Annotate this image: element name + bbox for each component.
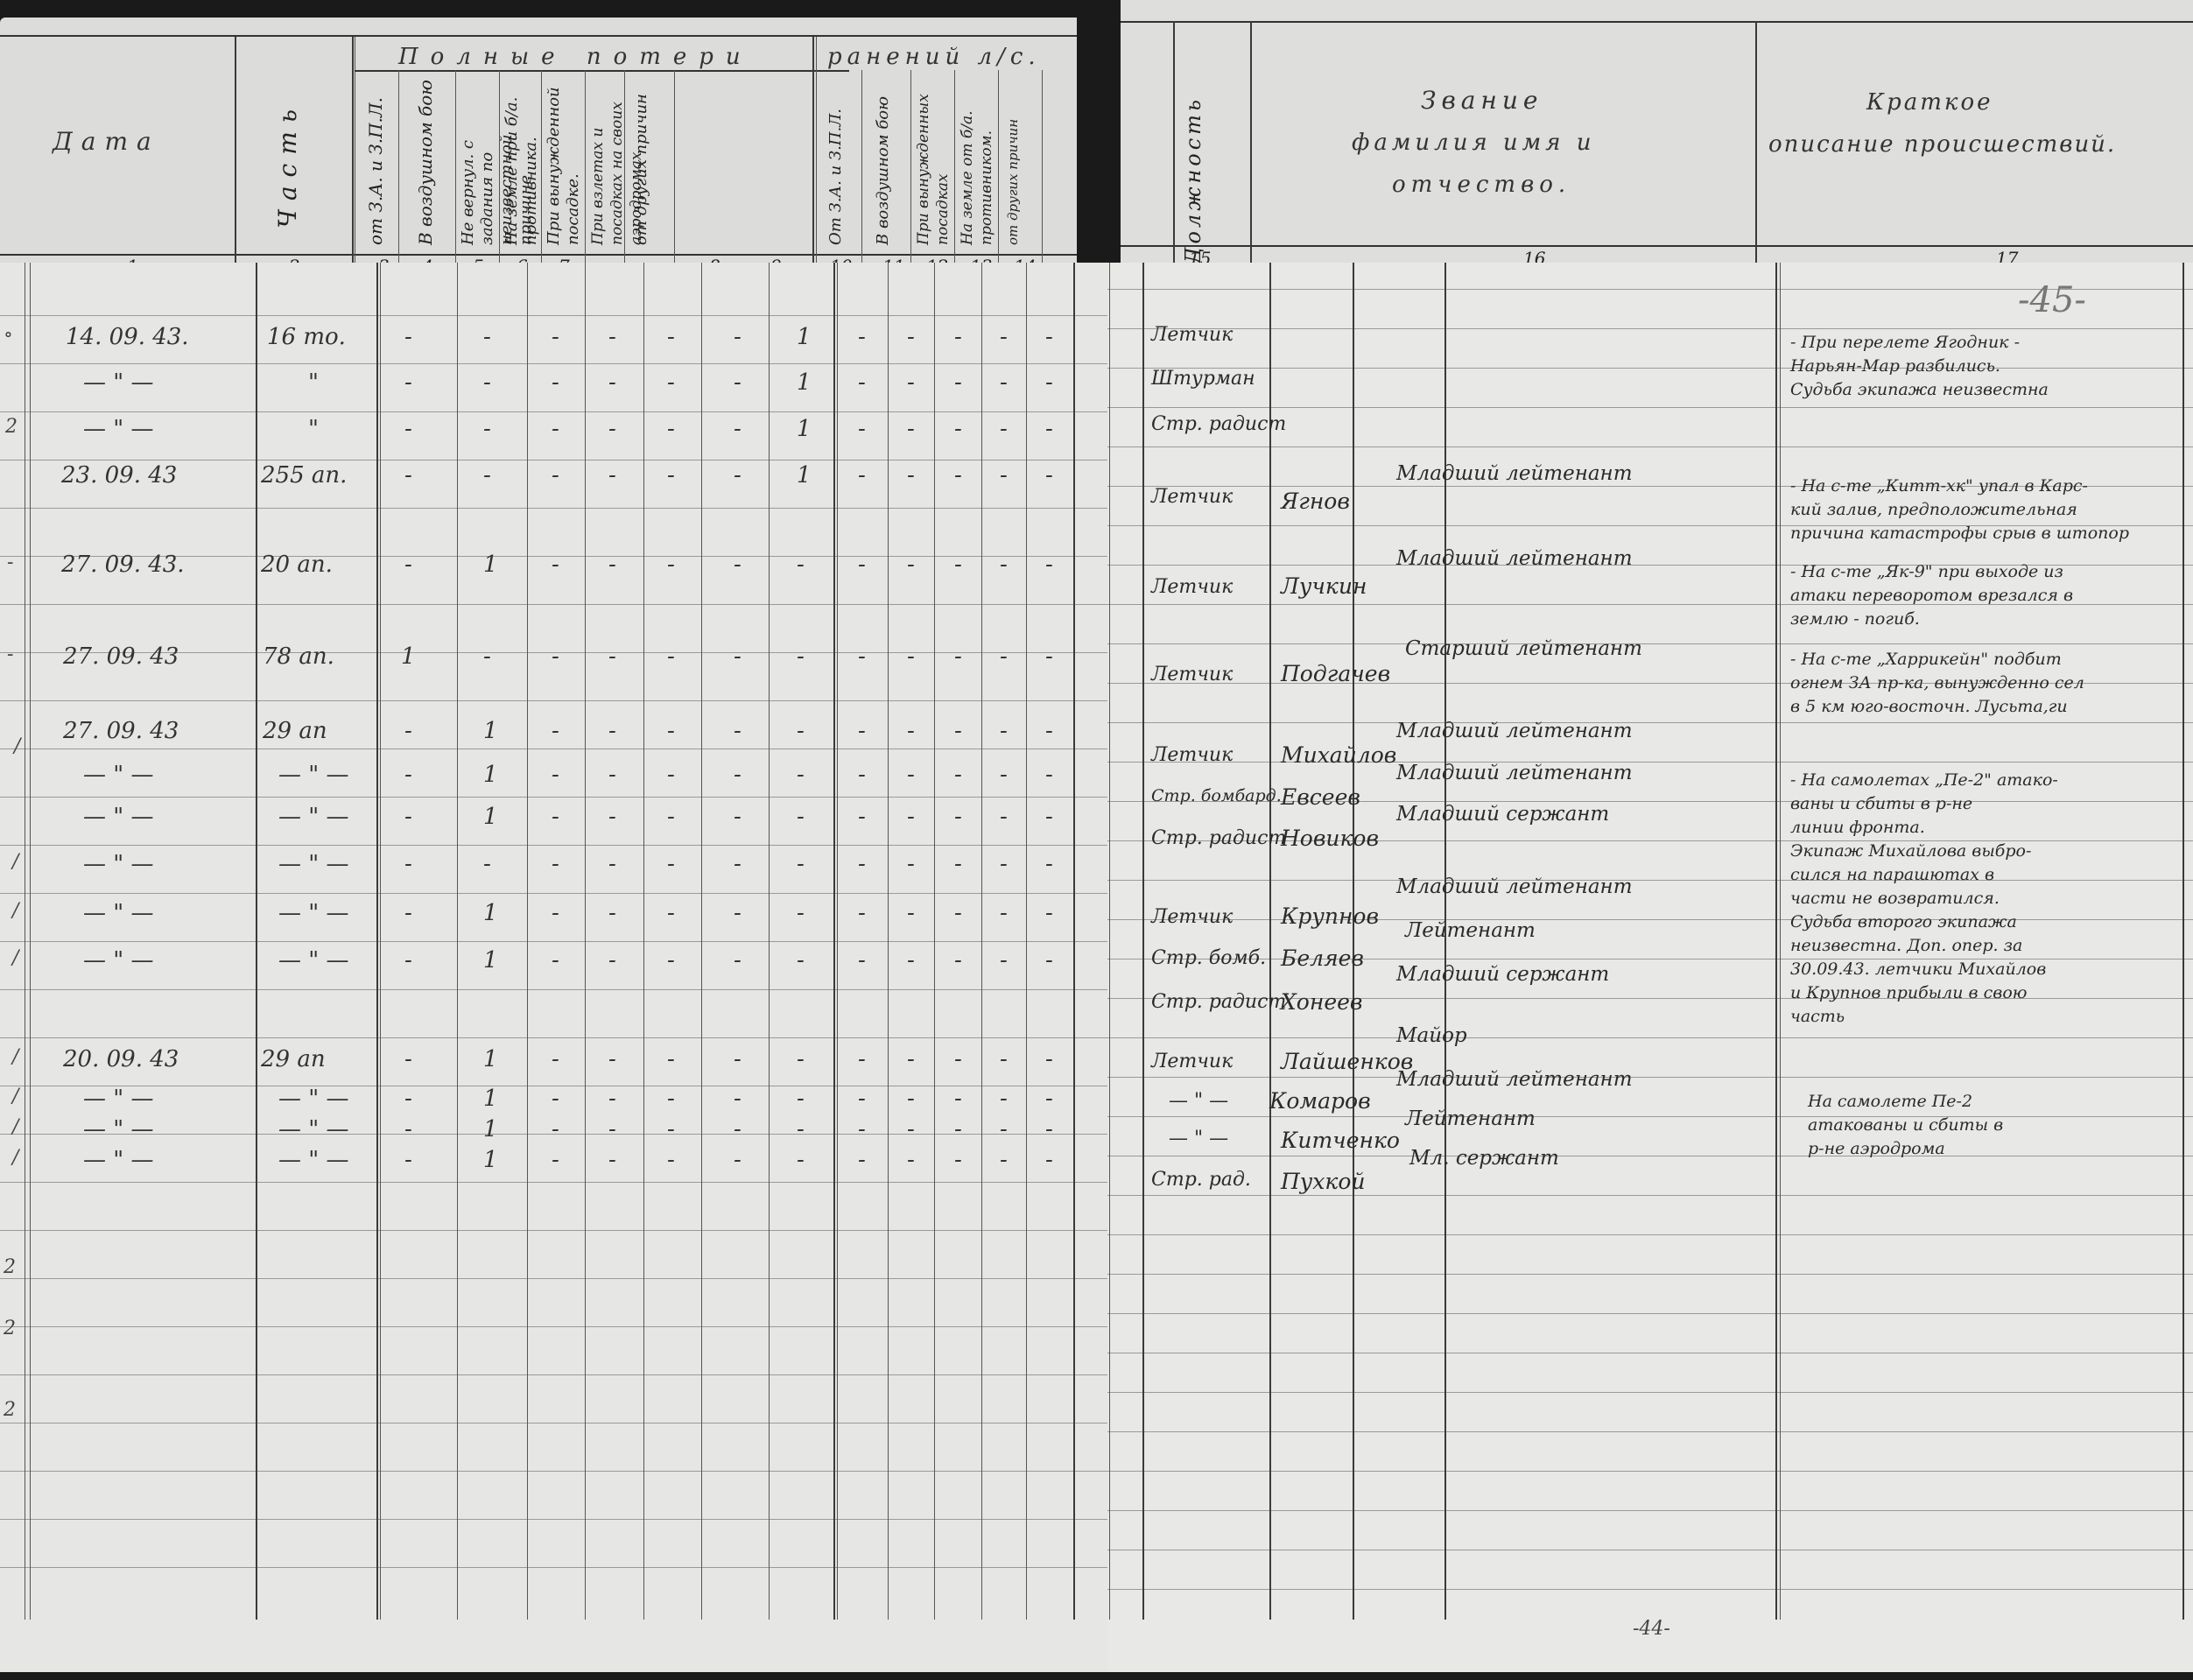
cell-c11: - [907,643,915,670]
cell-c11: - [907,851,915,877]
header-rank-l3: отчество. [1392,172,1571,198]
cell-post: — " — [1169,1090,1228,1112]
cell-unit: — " — [278,851,349,877]
cell-c3: - [404,851,412,877]
cell-rank: Лейтенант [1405,919,1536,942]
cell-c6: - [608,643,616,670]
cell-date: 23. 09. 43 [61,462,177,489]
col-divider [235,37,236,271]
cell-c8: - [734,462,742,489]
cell-name: Крупнов [1281,903,1379,929]
header-left-strip: Дата Часть Полные потери ранений л/с. от… [0,18,1077,271]
cell-c11: - [907,762,915,788]
cell-c10: - [858,643,866,670]
cell-post: Летчик [1151,906,1233,928]
margin-mark: 2 [5,416,18,438]
cell-rank: Майор [1396,1024,1467,1047]
col-divider [1250,21,1252,271]
cell-c14: - [1045,324,1053,350]
cell-c8: - [734,552,742,578]
col-divider [2182,263,2184,1620]
cell-c14: - [1045,1116,1053,1142]
cell-c11: - [907,416,915,442]
cell-c6: - [608,416,616,442]
cell-c13: - [1000,1147,1008,1173]
cell-c4: 1 [483,804,498,830]
col-divider [1042,70,1043,271]
col-divider [1780,263,1781,1620]
cell-c9: 1 [797,462,812,489]
header-post: Должность [1184,96,1203,264]
table-row: - 27. 09. 43. 20 ап. - 1 - - - - - - - -… [0,552,1107,595]
cell-post: Штурман [1151,368,1255,390]
cell-c4: - [483,851,491,877]
cell-c14: - [1045,462,1053,489]
cell-c10: - [858,851,866,877]
cell-c7: - [667,462,675,489]
cell-c9: - [797,762,805,788]
cell-date: 14. 09. 43. [66,324,189,350]
cell-rank: Мл. сержант [1409,1147,1559,1170]
cell-c5: - [552,1086,559,1112]
cell-c10: - [858,718,866,744]
incident-description: - На самолетах „Пе-2" атако-ваны и сбиты… [1790,769,2058,1029]
cell-name: Новиков [1281,826,1379,851]
cell-c7: - [667,369,675,396]
cell-c10: - [858,369,866,396]
right-page: -45- Летчик Штурман Стр. радист Младший … [1107,263,2193,1672]
cell-post: Стр. радист [1151,827,1286,849]
cell-c12: - [954,762,962,788]
table-row: - 27. 09. 43 78 ап. 1 - - - - - - - - - … [0,643,1107,687]
header-col11: В воздушном бою [874,79,893,245]
col-divider [1173,21,1175,271]
cell-c9: - [797,1147,805,1173]
cell-name: Беляев [1281,945,1364,971]
col-divider [910,70,911,271]
table-row: 2 — " — " - - - - - - 1 - - - - - [0,416,1107,460]
cell-c13: - [1000,643,1008,670]
cell-c12: - [954,851,962,877]
cell-c7: - [667,1116,675,1142]
cell-c13: - [1000,1046,1008,1072]
table-row: / 27. 09. 43 29 ап - 1 - - - - - - - - -… [0,718,1107,762]
cell-post: Стр. бомбард. [1151,786,1282,805]
cell-name: Китченко [1281,1128,1400,1153]
header-unit: Часть [278,101,298,228]
cell-c9: - [797,643,805,670]
cell-c8: - [734,1086,742,1112]
cell-c13: - [1000,1116,1008,1142]
cell-c4: - [483,369,491,396]
cell-c9: 1 [797,416,812,442]
col-divider [1755,21,1757,271]
cell-c14: - [1045,416,1053,442]
cell-c6: - [608,718,616,744]
header-desc-l2: описание происшествий. [1768,131,2116,158]
cell-c10: - [858,1086,866,1112]
cell-rank: Младший лейтенант [1396,462,1633,485]
cell-c11: - [907,324,915,350]
cell-date: — " — [83,900,154,926]
cell-rank: Младший лейтенант [1396,762,1633,784]
cell-c5: - [552,947,559,974]
cell-rank: Младший лейтенант [1396,547,1633,570]
cell-c4: 1 [483,762,498,788]
cell-c13: - [1000,416,1008,442]
cell-c6: - [608,369,616,396]
cell-rank: Младший лейтенант [1396,875,1633,898]
margin-mark: 2 [4,1256,16,1278]
cell-rank: Лейтенант [1405,1107,1536,1130]
cell-c4: 1 [483,552,498,578]
cell-date: — " — [83,804,154,830]
cell-unit: — " — [278,1147,349,1173]
header-full-losses: Полные потери [398,44,753,70]
cell-c13: - [1000,762,1008,788]
cell-c10: - [858,1147,866,1173]
cell-c11: - [907,552,915,578]
cell-c11: - [907,947,915,974]
margin-mark: / [12,947,18,969]
cell-unit: 16 то. [267,324,346,350]
cell-unit: 20 ап. [261,552,333,578]
cell-post: Летчик [1151,744,1233,766]
cell-c13: - [1000,851,1008,877]
header-col7: При вынужденной посадке. [545,79,583,245]
cell-rank: Младший лейтенант [1396,720,1633,742]
header-col3: от З.А. и З.П.Л. [366,79,392,245]
cell-c13: - [1000,324,1008,350]
cell-c12: - [954,416,962,442]
cell-c7: - [667,552,675,578]
cell-c12: - [954,1086,962,1112]
cell-c7: - [667,324,675,350]
cell-c6: - [608,851,616,877]
cell-c13: - [1000,947,1008,974]
header-desc-l1: Краткое [1866,89,1993,116]
cell-c11: - [907,900,915,926]
cell-date: — " — [83,851,154,877]
cell-c11: - [907,1116,915,1142]
cell-name: Лайшенков [1281,1049,1413,1074]
margin-mark: / [12,1046,18,1068]
cell-c3: - [404,1086,412,1112]
cell-c9: - [797,900,805,926]
cell-c4: 1 [483,1086,498,1112]
col-divider [1142,263,1144,1620]
left-page: ∘ 14. 09. 43. 16 то. - - - - - - 1 - - -… [0,263,1107,1672]
incident-description: - При перелете Ягодник -Нарьян-Мар разби… [1790,331,2049,402]
cell-c6: - [608,900,616,926]
cell-c7: - [667,1147,675,1173]
cell-c3: - [404,1046,412,1072]
cell-name: Ягнов [1281,489,1350,514]
cell-c11: - [907,1086,915,1112]
cell-c9: - [797,552,805,578]
cell-c4: 1 [483,947,498,974]
cell-c10: - [858,762,866,788]
cell-c5: - [552,552,559,578]
cell-unit: — " — [278,947,349,974]
cell-c3: - [404,947,412,974]
cell-c12: - [954,552,962,578]
cell-unit: 255 ап. [261,462,347,489]
cell-post: Стр. радист [1151,413,1286,435]
col-divider [861,70,862,271]
cell-c13: - [1000,804,1008,830]
cell-c8: - [734,900,742,926]
cell-c7: - [667,804,675,830]
cell-c12: - [954,1147,962,1173]
cell-c4: 1 [483,1116,498,1142]
cell-c14: - [1045,1086,1053,1112]
cell-c8: - [734,1116,742,1142]
header-col4: В воздушном бою [416,79,435,245]
margin-mark: / [12,900,18,922]
header-rank-l1: Звание [1421,86,1543,115]
table-row: / — " — — " — - 1 - - - - - - - - - - [0,1086,1107,1121]
table-row: ∘ 14. 09. 43. 16 то. - - - - - - 1 - - -… [0,324,1107,368]
cell-c10: - [858,416,866,442]
cell-unit: — " — [278,1116,349,1142]
cell-c6: - [608,1046,616,1072]
cell-c10: - [858,947,866,974]
cell-c3: - [404,416,412,442]
table-row: / — " — — " — - - - - - - - - - - - - [0,851,1107,895]
cell-c8: - [734,369,742,396]
cell-c5: - [552,1116,559,1142]
cell-unit: — " — [278,900,349,926]
col-divider [1353,263,1354,1620]
incident-description: - На с-те „Харрикейн" подбитогнем ЗА пр-… [1790,648,2084,719]
col-divider [954,70,955,271]
cell-name: Подгачев [1281,661,1390,686]
cell-c11: - [907,462,915,489]
cell-unit: " [308,369,319,396]
cell-c5: - [552,416,559,442]
cell-c14: - [1045,762,1053,788]
cell-c9: - [797,804,805,830]
col-divider [816,37,817,271]
cell-c3: - [404,762,412,788]
cell-c13: - [1000,369,1008,396]
cell-c14: - [1045,552,1053,578]
table-row: / 20. 09. 43 29 ап - 1 - - - - - - - - -… [0,1046,1107,1090]
cell-c8: - [734,1147,742,1173]
cell-c14: - [1045,369,1053,396]
table-row: — " — " - - - - - - 1 - - - - - [0,369,1107,413]
cell-c7: - [667,762,675,788]
cell-c12: - [954,804,962,830]
cell-c12: - [954,947,962,974]
cell-date: 20. 09. 43 [63,1046,179,1072]
cell-c5: - [552,762,559,788]
cell-unit: 29 ап [263,718,327,744]
incident-description: На самолете Пе-2атакованы и сбиты вр-не … [1808,1090,2003,1161]
cell-c8: - [734,947,742,974]
cell-rank: Младший лейтенант [1396,1068,1633,1091]
col-divider [998,70,999,271]
col-divider [455,70,456,271]
cell-c10: - [858,900,866,926]
margin-mark: / [12,851,18,873]
col-divider [1775,263,1777,1620]
cell-c11: - [907,369,915,396]
cell-c9: - [797,718,805,744]
cell-c10: - [858,324,866,350]
cell-date: 27. 09. 43. [61,552,185,578]
cell-c3: - [404,369,412,396]
cell-c8: - [734,718,742,744]
cell-c6: - [608,1116,616,1142]
table-row: — " — — " — - 1 - - - - - - - - - - [0,804,1107,847]
margin-mark: 2 [4,1399,16,1421]
cell-unit: " [308,416,319,442]
cell-c3: - [404,324,412,350]
table-row: / — " — — " — - 1 - - - - - - - - - - [0,1147,1107,1182]
cell-c13: - [1000,718,1008,744]
table-row: / — " — — " — - 1 - - - - - - - - - - [0,947,1107,991]
margin-mark: - [7,552,13,573]
incident-description: - На с-те „Як-9" при выходе изатаки пере… [1790,560,2073,631]
cell-c8: - [734,804,742,830]
cell-c9: 1 [797,369,812,396]
cell-rank: Младший сержант [1396,963,1609,986]
cell-c9: - [797,1046,805,1072]
cell-c14: - [1045,947,1053,974]
cell-c12: - [954,643,962,670]
cell-c11: - [907,804,915,830]
cell-post: Летчик [1151,486,1233,508]
cell-date: 27. 09. 43 [63,643,179,670]
cell-c8: - [734,1046,742,1072]
cell-c10: - [858,462,866,489]
cell-date: — " — [83,1086,154,1112]
cell-c7: - [667,851,675,877]
cell-c4: 1 [483,1046,498,1072]
header-rank-l2: фамилия имя и [1352,130,1595,156]
header-col13: На земле от б/а. противником. [958,79,996,245]
cell-c6: - [608,804,616,830]
header-num-rule [1121,245,2193,247]
header-top-rule [0,35,1077,37]
cell-c7: - [667,416,675,442]
cell-post: Летчик [1151,664,1233,685]
cell-c9: 1 [797,324,812,350]
cell-c10: - [858,1116,866,1142]
header-right-strip: Должность Звание фамилия имя и отчество.… [1121,0,2193,271]
cell-c4: - [483,324,491,350]
cell-post: Стр. радист [1151,991,1286,1013]
margin-mark: / [12,1116,18,1138]
cell-c3: - [404,552,412,578]
cell-c12: - [954,324,962,350]
cell-c6: - [608,552,616,578]
cell-c14: - [1045,1147,1053,1173]
cell-post: Стр. рад. [1151,1169,1251,1191]
header-col12: При вынужденных посадках [914,79,952,245]
cell-c9: - [797,1086,805,1112]
cell-c6: - [608,462,616,489]
header-date: Дата [53,127,160,156]
cell-c5: - [552,804,559,830]
cell-c5: - [552,369,559,396]
cell-c8: - [734,643,742,670]
cell-post: Летчик [1151,1051,1233,1072]
cell-c8: - [734,324,742,350]
table-row: / — " — — " — - 1 - - - - - - - - - - [0,900,1107,944]
cell-unit: — " — [278,762,349,788]
cell-c13: - [1000,552,1008,578]
cell-c12: - [954,1046,962,1072]
incident-description: - На с-те „Китт-хк" упал в Карс-кий зали… [1790,474,2129,545]
cell-name: Лучкин [1281,573,1367,599]
cell-c6: - [608,1086,616,1112]
cell-c6: - [608,324,616,350]
header-col6: На земле при б/а. противника. [503,79,541,245]
gutter-line [1109,263,1110,1620]
col-divider [674,70,675,271]
margin-mark: / [12,1086,18,1107]
cell-c11: - [907,718,915,744]
col-divider [585,70,586,271]
cell-c8: - [734,416,742,442]
cell-c12: - [954,900,962,926]
cell-c7: - [667,643,675,670]
cell-date: — " — [83,947,154,974]
cell-c13: - [1000,462,1008,489]
cell-c6: - [608,1147,616,1173]
col-divider [398,70,399,271]
cell-c10: - [858,552,866,578]
cell-unit: — " — [278,1086,349,1112]
cell-c5: - [552,643,559,670]
cell-c5: - [552,718,559,744]
cell-c5: - [552,1147,559,1173]
cell-c11: - [907,1147,915,1173]
col-divider [541,70,542,271]
cell-unit: 29 ап [261,1046,326,1072]
cell-c3: - [404,1116,412,1142]
cell-name: Михайлов [1281,742,1396,768]
cell-c3: - [404,804,412,830]
cell-date: — " — [83,1116,154,1142]
cell-rank: Младший сержант [1396,803,1609,826]
cell-c12: - [954,462,962,489]
cell-c8: - [734,851,742,877]
cell-c6: - [608,762,616,788]
cell-c4: 1 [483,718,498,744]
margin-mark: - [7,643,13,665]
header-col9: от других причин [632,79,671,245]
cell-c7: - [667,947,675,974]
cell-c4: 1 [483,1147,498,1173]
margin-mark: ∘ [4,324,13,346]
cell-c7: - [667,718,675,744]
cell-post: Летчик [1151,576,1233,598]
cell-unit: 78 ап. [263,643,334,670]
cell-c5: - [552,851,559,877]
cell-c9: - [797,947,805,974]
cell-c3: - [404,718,412,744]
col-divider [1269,263,1271,1620]
col-divider [355,37,355,271]
cell-c4: - [483,462,491,489]
page-number-bottom: -44- [1633,1618,1670,1640]
cell-date: — " — [83,416,154,442]
cell-c7: - [667,1046,675,1072]
